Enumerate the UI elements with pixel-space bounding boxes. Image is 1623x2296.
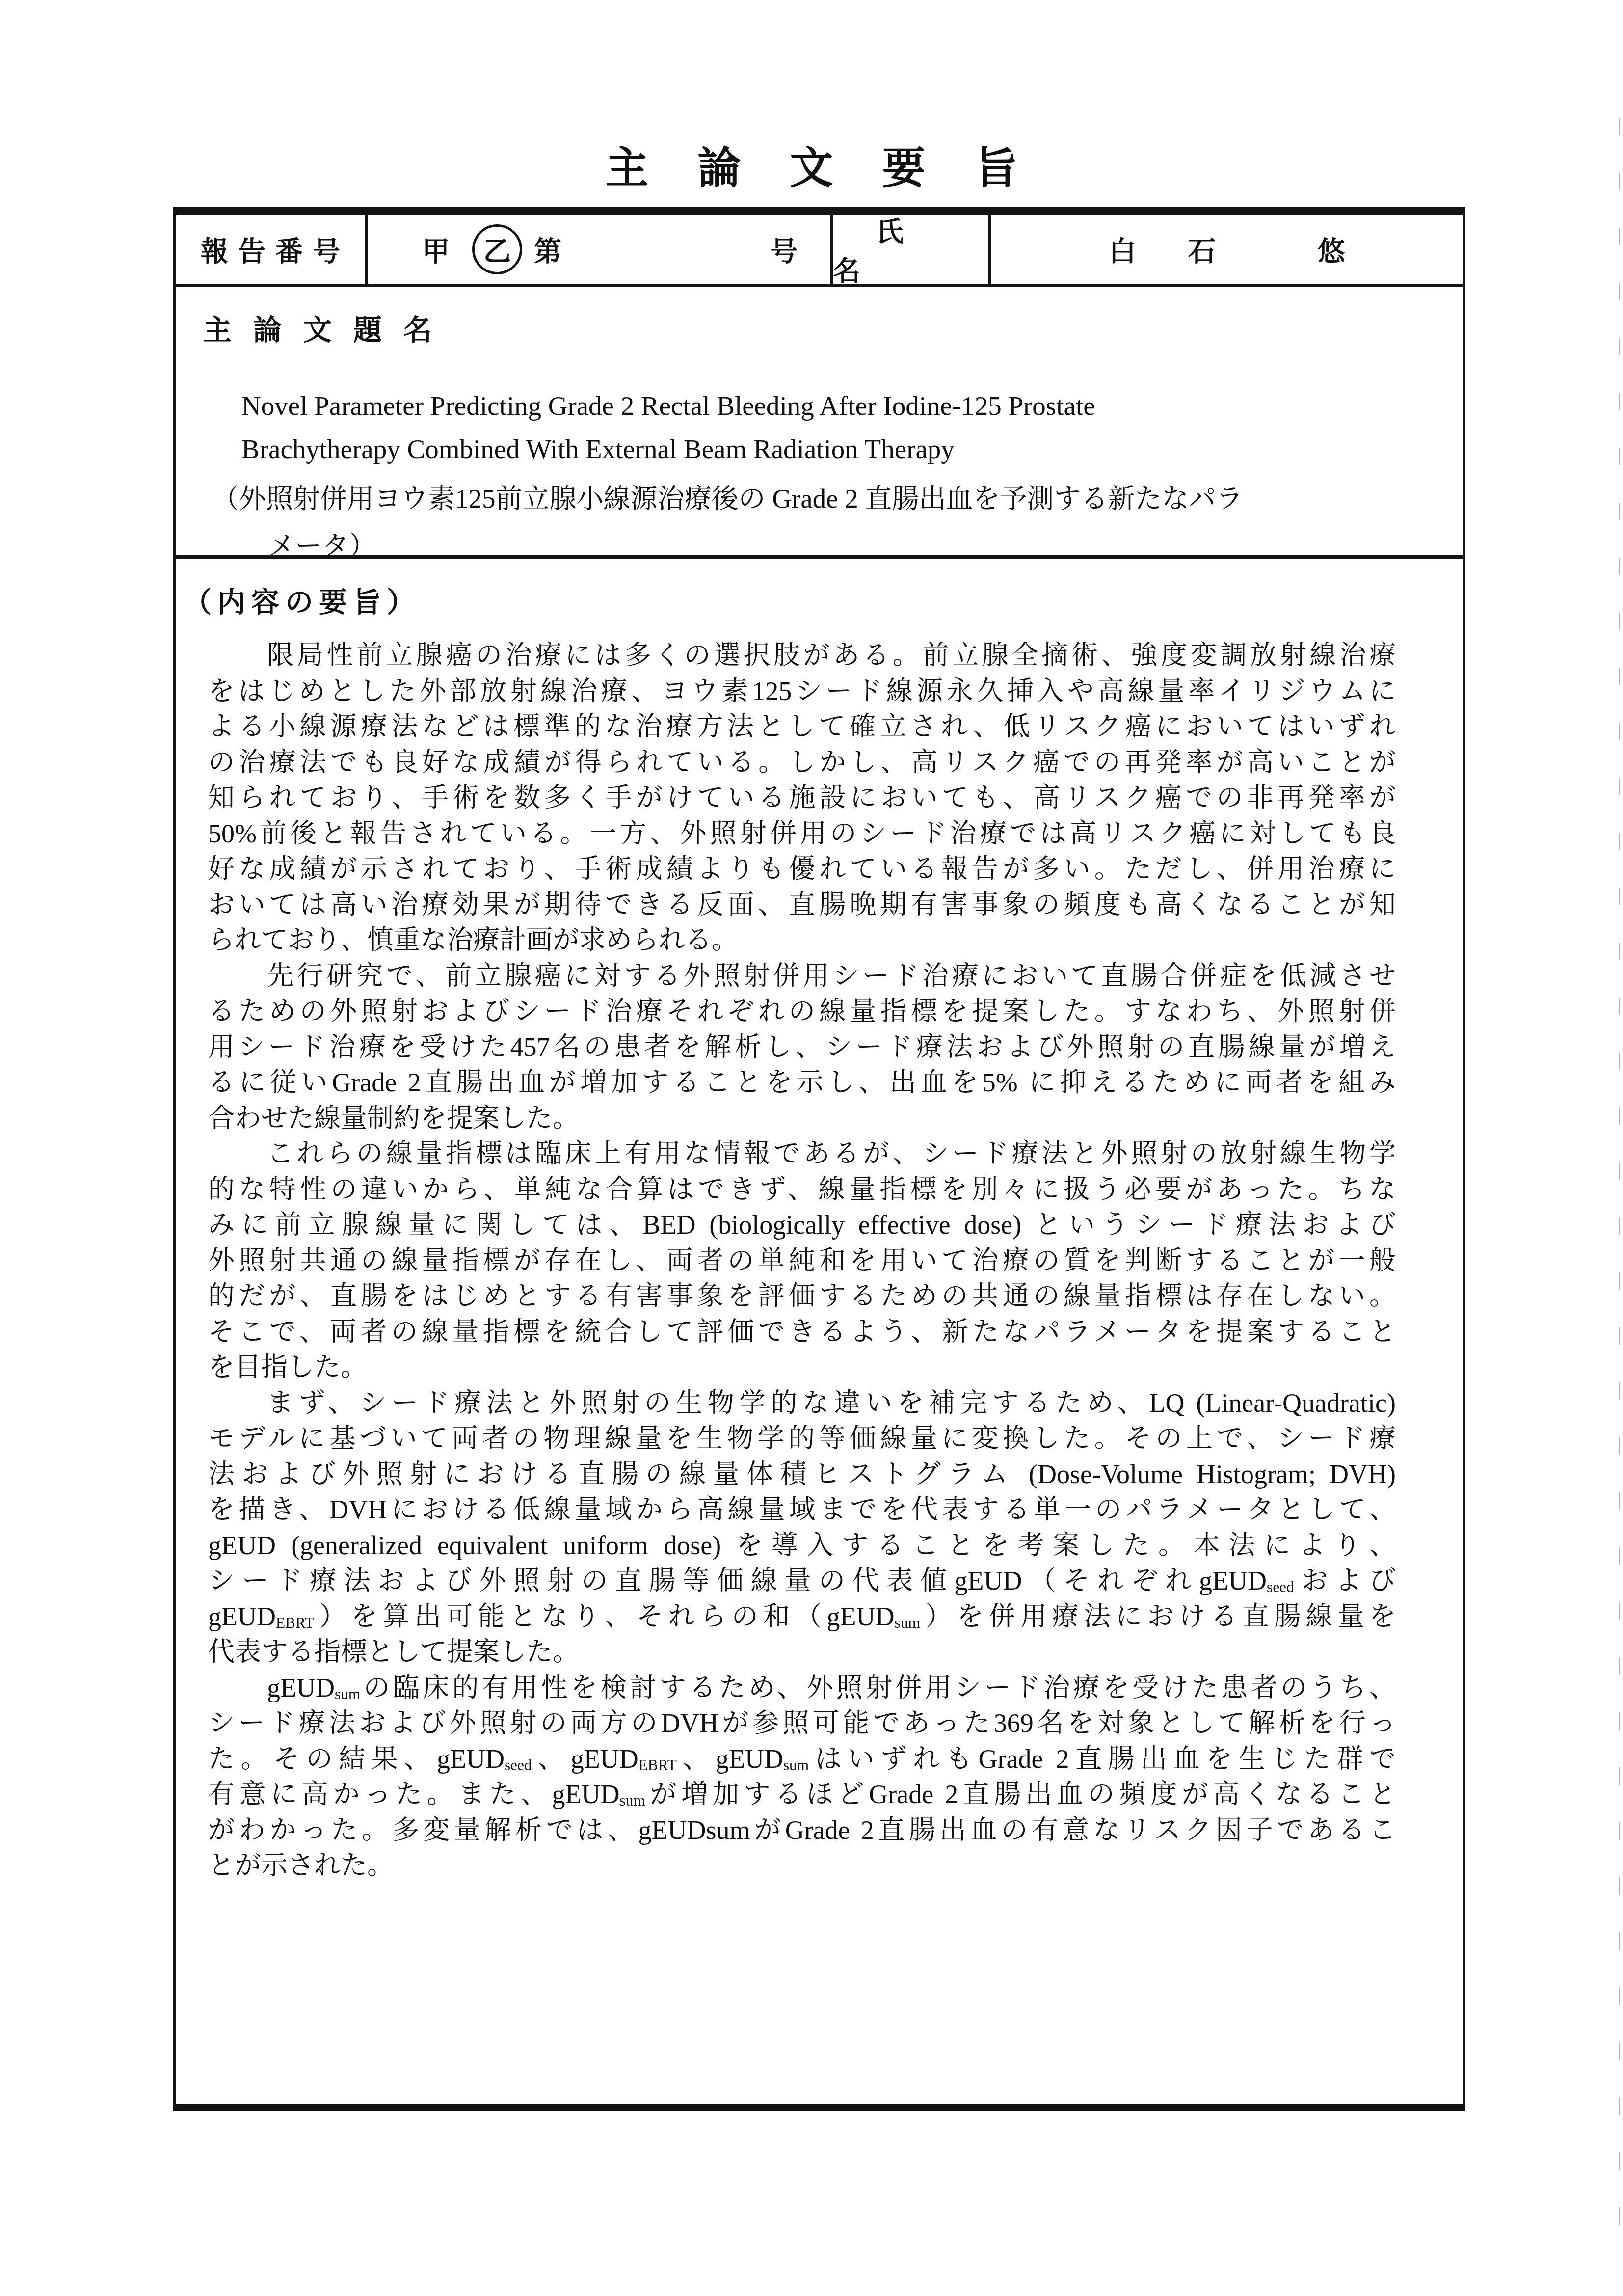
name-label: 氏名 xyxy=(833,215,991,284)
summary-line: まず、シード療法と外照射の生物学的な違いを補完するため、LQ (Linear-Q… xyxy=(208,1385,1396,1421)
summary-text: 、gEUD xyxy=(677,1744,783,1774)
summary-line: 有意に高かった。また、gEUDsumが増加するほどGrade 2直腸出血の頻度が… xyxy=(208,1777,1396,1812)
subscript-text: seed xyxy=(505,1756,532,1774)
subscript-text: EBRT xyxy=(276,1614,314,1631)
header-table-row: 報告番号 甲 乙 第 号 氏名 白 石 悠 xyxy=(176,215,1463,287)
summary-text: gEUD (generalized equivalent uniform dos… xyxy=(208,1531,1396,1560)
summary-text: 好な成績が示されており、手術成績よりも優れている報告が多い。ただし、併用治療に xyxy=(208,854,1396,884)
subscript-text: EBRT xyxy=(639,1756,677,1774)
summary-text: みに前立腺線量に関しては、BED (biologically effective… xyxy=(208,1210,1396,1240)
summary-line: これらの線量指標は臨床上有用な情報であるが、シード療法と外照射の放射線生物学 xyxy=(208,1136,1396,1172)
summary-line: 法および外照射における直腸の線量体積ヒストグラム (Dose-Volume Hi… xyxy=(208,1457,1396,1492)
summary-text: の治療法でも良好な成績が得られている。しかし、高リスク癌での再発率が高いことが xyxy=(208,748,1396,777)
subscript-text: sum xyxy=(783,1756,809,1774)
summary-line: の治療法でも良好な成績が得られている。しかし、高リスク癌での再発率が高いことが xyxy=(208,745,1396,781)
summary-line: とが示された。 xyxy=(208,1848,1396,1884)
summary-text: 限局性前立腺癌の治療には多くの選択肢がある。前立腺全摘術、強度変調放射線治療 xyxy=(267,641,1396,670)
summary-text: 法および外照射における直腸の線量体積ヒストグラム (Dose-Volume Hi… xyxy=(208,1459,1396,1489)
summary-line: 代表する指標として提案した。 xyxy=(208,1634,1396,1670)
summary-line: 知られており、手術を数多く手がけている施設においても、高リスク癌での非再発率が xyxy=(208,780,1396,816)
summary-line: みに前立腺線量に関しては、BED (biologically effective… xyxy=(208,1207,1396,1243)
summary-line: シード療法および外照射の直腸等価線量の代表値gEUD（それぞれgEUDseedお… xyxy=(208,1563,1396,1599)
summary-text: るに従いGrade 2直腸出血が増加することを示し、出血を5% に抑えるために両… xyxy=(208,1068,1396,1097)
summary-text: よる小線源療法などは標準的な治療方法として確立され、低リスク癌においてはいずれ xyxy=(208,712,1396,741)
summary-text: の臨床的有用性を検討するため、外照射併用シード治療を受けた患者のうち、 xyxy=(360,1673,1396,1702)
summary-text: をはじめとした外部放射線治療、ヨウ素125シード線源永久挿入や高線量率イリジウム… xyxy=(208,676,1396,706)
scan-edge-artifact xyxy=(1619,118,1620,2239)
gou-label: 号 xyxy=(770,230,798,269)
summary-text: ）を併用療法における直腸線量を xyxy=(920,1602,1396,1631)
summary-text: 用シード治療を受けた457名の患者を解析し、シード療法および外照射の直腸線量が増… xyxy=(208,1032,1396,1062)
summary-text: 知られており、手術を数多く手がけている施設においても、高リスク癌での非再発率が xyxy=(208,783,1396,812)
thesis-title-label: 主論文題名 xyxy=(203,307,453,348)
otsu-circled-option: 乙 xyxy=(472,224,522,274)
summary-line: 限局性前立腺癌の治療には多くの選択肢がある。前立腺全摘術、強度変調放射線治療 xyxy=(208,638,1396,674)
summary-body: 限局性前立腺癌の治療には多くの選択肢がある。前立腺全摘術、強度変調放射線治療をは… xyxy=(208,638,1396,1884)
summary-text: 的だが、直腸をはじめとする有害事象を評価するための共通の線量指標は存在しない。 xyxy=(208,1281,1396,1311)
summary-text: 、gEUD xyxy=(532,1744,639,1774)
name-value: 白 石 悠 xyxy=(991,215,1463,284)
subscript-text: seed xyxy=(1267,1578,1294,1595)
summary-line: 的だが、直腸をはじめとする有害事象を評価するための共通の線量指標は存在しない。 xyxy=(208,1278,1396,1314)
summary-line: 用シード治療を受けた457名の患者を解析し、シード療法および外照射の直腸線量が増… xyxy=(208,1029,1396,1065)
thesis-title-japanese-line1: （外照射併用ヨウ素125前立腺小線源治療後の Grade 2 直腸出血を予測する… xyxy=(212,477,1243,515)
subscript-text: sum xyxy=(620,1792,645,1809)
summary-line: 外照射共通の線量指標が存在し、両者の単純和を用いて治療の質を判断することが一般 xyxy=(208,1243,1396,1279)
summary-text: を目指した。 xyxy=(208,1352,367,1382)
summary-text: シード療法および外照射の直腸等価線量の代表値gEUD（それぞれgEUD xyxy=(208,1566,1267,1595)
summary-text: 外照射共通の線量指標が存在し、両者の単純和を用いて治療の質を判断することが一般 xyxy=(208,1246,1396,1275)
summary-text: られており、慎重な治療計画が求められる。 xyxy=(208,925,738,955)
summary-text: とが示された。 xyxy=(208,1851,394,1880)
summary-line: 的な特性の違いから、単純な合算はできず、線量指標を別々に扱う必要があった。ちな xyxy=(208,1172,1396,1208)
summary-text: ）を算出可能となり、それらの和（gEUD xyxy=(314,1602,894,1631)
summary-text: が増加するほどGrade 2直腸出血の頻度が高くなること xyxy=(645,1780,1396,1809)
summary-section: （内容の要旨） 限局性前立腺癌の治療には多くの選択肢がある。前立腺全摘術、強度変… xyxy=(176,558,1463,2104)
summary-text: モデルに基づいて両者の物理線量を生物学的等価線量に変換した。その上で、シード療 xyxy=(208,1424,1396,1453)
kou-option: 甲 xyxy=(422,230,450,269)
summary-line: 合わせた線量制約を提案した。 xyxy=(208,1101,1396,1136)
summary-text: がわかった。多変量解析では、gEUDsumがGrade 2直腸出血の有意なリスク… xyxy=(208,1815,1396,1845)
summary-text: そこで、両者の線量指標を統合して評価できるよう、新たなパラメータを提案すること xyxy=(208,1317,1396,1347)
summary-line: をはじめとした外部放射線治療、ヨウ素125シード線源永久挿入や高線量率イリジウム… xyxy=(208,674,1396,709)
summary-text: 的な特性の違いから、単純な合算はできず、線量指標を別々に扱う必要があった。ちな xyxy=(208,1175,1396,1204)
thesis-title-japanese-line2: メータ） xyxy=(268,524,376,563)
summary-text: および xyxy=(1294,1566,1396,1595)
summary-line: 50%前後と報告されている。一方、外照射併用のシード治療では高リスク癌に対しても… xyxy=(208,816,1396,852)
summary-line: るに従いGrade 2直腸出血が増加することを示し、出血を5% に抑えるために両… xyxy=(208,1065,1396,1101)
summary-text: 合わせた線量制約を提案した。 xyxy=(208,1104,579,1133)
report-number-label: 報告番号 xyxy=(176,215,368,284)
summary-text: 代表する指標として提案した。 xyxy=(208,1637,579,1667)
summary-line: gEUDsumの臨床的有用性を検討するため、外照射併用シード治療を受けた患者のう… xyxy=(208,1670,1396,1706)
subscript-text: sum xyxy=(895,1614,920,1631)
summary-line: た。その結果、gEUDseed、gEUDEBRT、gEUDsumはいずれもGra… xyxy=(208,1741,1396,1777)
summary-text: はいずれもGrade 2直腸出血を生じた群で xyxy=(809,1744,1396,1774)
summary-text: を描き、DVHにおける低線量域から高線量域までを代表する単一のパラメータとして、 xyxy=(208,1495,1396,1524)
summary-line: おいては高い治療効果が期待できる反面、直腸晩期有害事象の頻度も高くなることが知 xyxy=(208,887,1396,923)
summary-line: モデルに基づいて両者の物理線量を生物学的等価線量に変換した。その上で、シード療 xyxy=(208,1421,1396,1457)
summary-line: られており、慎重な治療計画が求められる。 xyxy=(208,922,1396,958)
summary-text: 有意に高かった。また、gEUD xyxy=(208,1780,620,1809)
subscript-text: sum xyxy=(335,1685,360,1702)
summary-text: これらの線量指標は臨床上有用な情報であるが、シード療法と外照射の放射線生物学 xyxy=(267,1139,1396,1168)
form-outer-box: 報告番号 甲 乙 第 号 氏名 白 石 悠 主論文題名 Novel Parame… xyxy=(173,207,1465,2111)
report-number-cell: 甲 乙 第 号 xyxy=(368,215,833,284)
summary-line: を目指した。 xyxy=(208,1350,1396,1385)
summary-line: 好な成績が示されており、手術成績よりも優れている報告が多い。ただし、併用治療に xyxy=(208,851,1396,887)
summary-line: を描き、DVHにおける低線量域から高線量域までを代表する単一のパラメータとして、 xyxy=(208,1492,1396,1528)
summary-text: 先行研究で、前立腺癌に対する外照射併用シード治療において直腸合併症を低減させ xyxy=(267,961,1396,991)
summary-text: た。その結果、gEUD xyxy=(208,1744,505,1774)
summary-text: gEUD xyxy=(267,1673,335,1702)
summary-text: gEUD xyxy=(208,1602,276,1631)
summary-text: シード療法および外照射の両方のDVHが参照可能であった369名を対象として解析を… xyxy=(208,1708,1396,1738)
summary-line: 先行研究で、前立腺癌に対する外照射併用シード治療において直腸合併症を低減させ xyxy=(208,958,1396,994)
summary-text: おいては高い治療効果が期待できる反面、直腸晩期有害事象の頻度も高くなることが知 xyxy=(208,890,1396,919)
document-page: 主論文要旨 報告番号 甲 乙 第 号 氏名 白 石 悠 主論文題名 Novel … xyxy=(0,0,1623,2296)
summary-text: 50%前後と報告されている。一方、外照射併用のシード治療では高リスク癌に対しても… xyxy=(208,819,1396,848)
summary-line: シード療法および外照射の両方のDVHが参照可能であった369名を対象として解析を… xyxy=(208,1705,1396,1741)
summary-line: るための外照射およびシード治療それぞれの線量指標を提案した。すなわち、外照射併 xyxy=(208,994,1396,1029)
summary-text: まず、シード療法と外照射の生物学的な違いを補完するため、LQ (Linear-Q… xyxy=(267,1388,1396,1418)
thesis-title-english-line2: Brachytherapy Combined With External Bea… xyxy=(241,433,955,464)
summary-line: がわかった。多変量解析では、gEUDsumがGrade 2直腸出血の有意なリスク… xyxy=(208,1812,1396,1848)
summary-line: そこで、両者の線量指標を統合して評価できるよう、新たなパラメータを提案すること xyxy=(208,1314,1396,1350)
dai-label: 第 xyxy=(534,230,561,269)
summary-label: （内容の要旨） xyxy=(184,580,421,620)
summary-text: るための外照射およびシード治療それぞれの線量指標を提案した。すなわち、外照射併 xyxy=(208,997,1396,1026)
thesis-title-english-line1: Novel Parameter Predicting Grade 2 Recta… xyxy=(241,390,1095,421)
otsu-label: 乙 xyxy=(483,230,511,269)
summary-line: gEUD (generalized equivalent uniform dos… xyxy=(208,1528,1396,1564)
summary-line: よる小線源療法などは標準的な治療方法として確立され、低リスク癌においてはいずれ xyxy=(208,709,1396,745)
page-title: 主論文要旨 xyxy=(0,134,1623,195)
thesis-title-section: 主論文題名 Novel Parameter Predicting Grade 2… xyxy=(176,287,1463,559)
summary-line: gEUDEBRT）を算出可能となり、それらの和（gEUDsum）を併用療法におけ… xyxy=(208,1599,1396,1635)
